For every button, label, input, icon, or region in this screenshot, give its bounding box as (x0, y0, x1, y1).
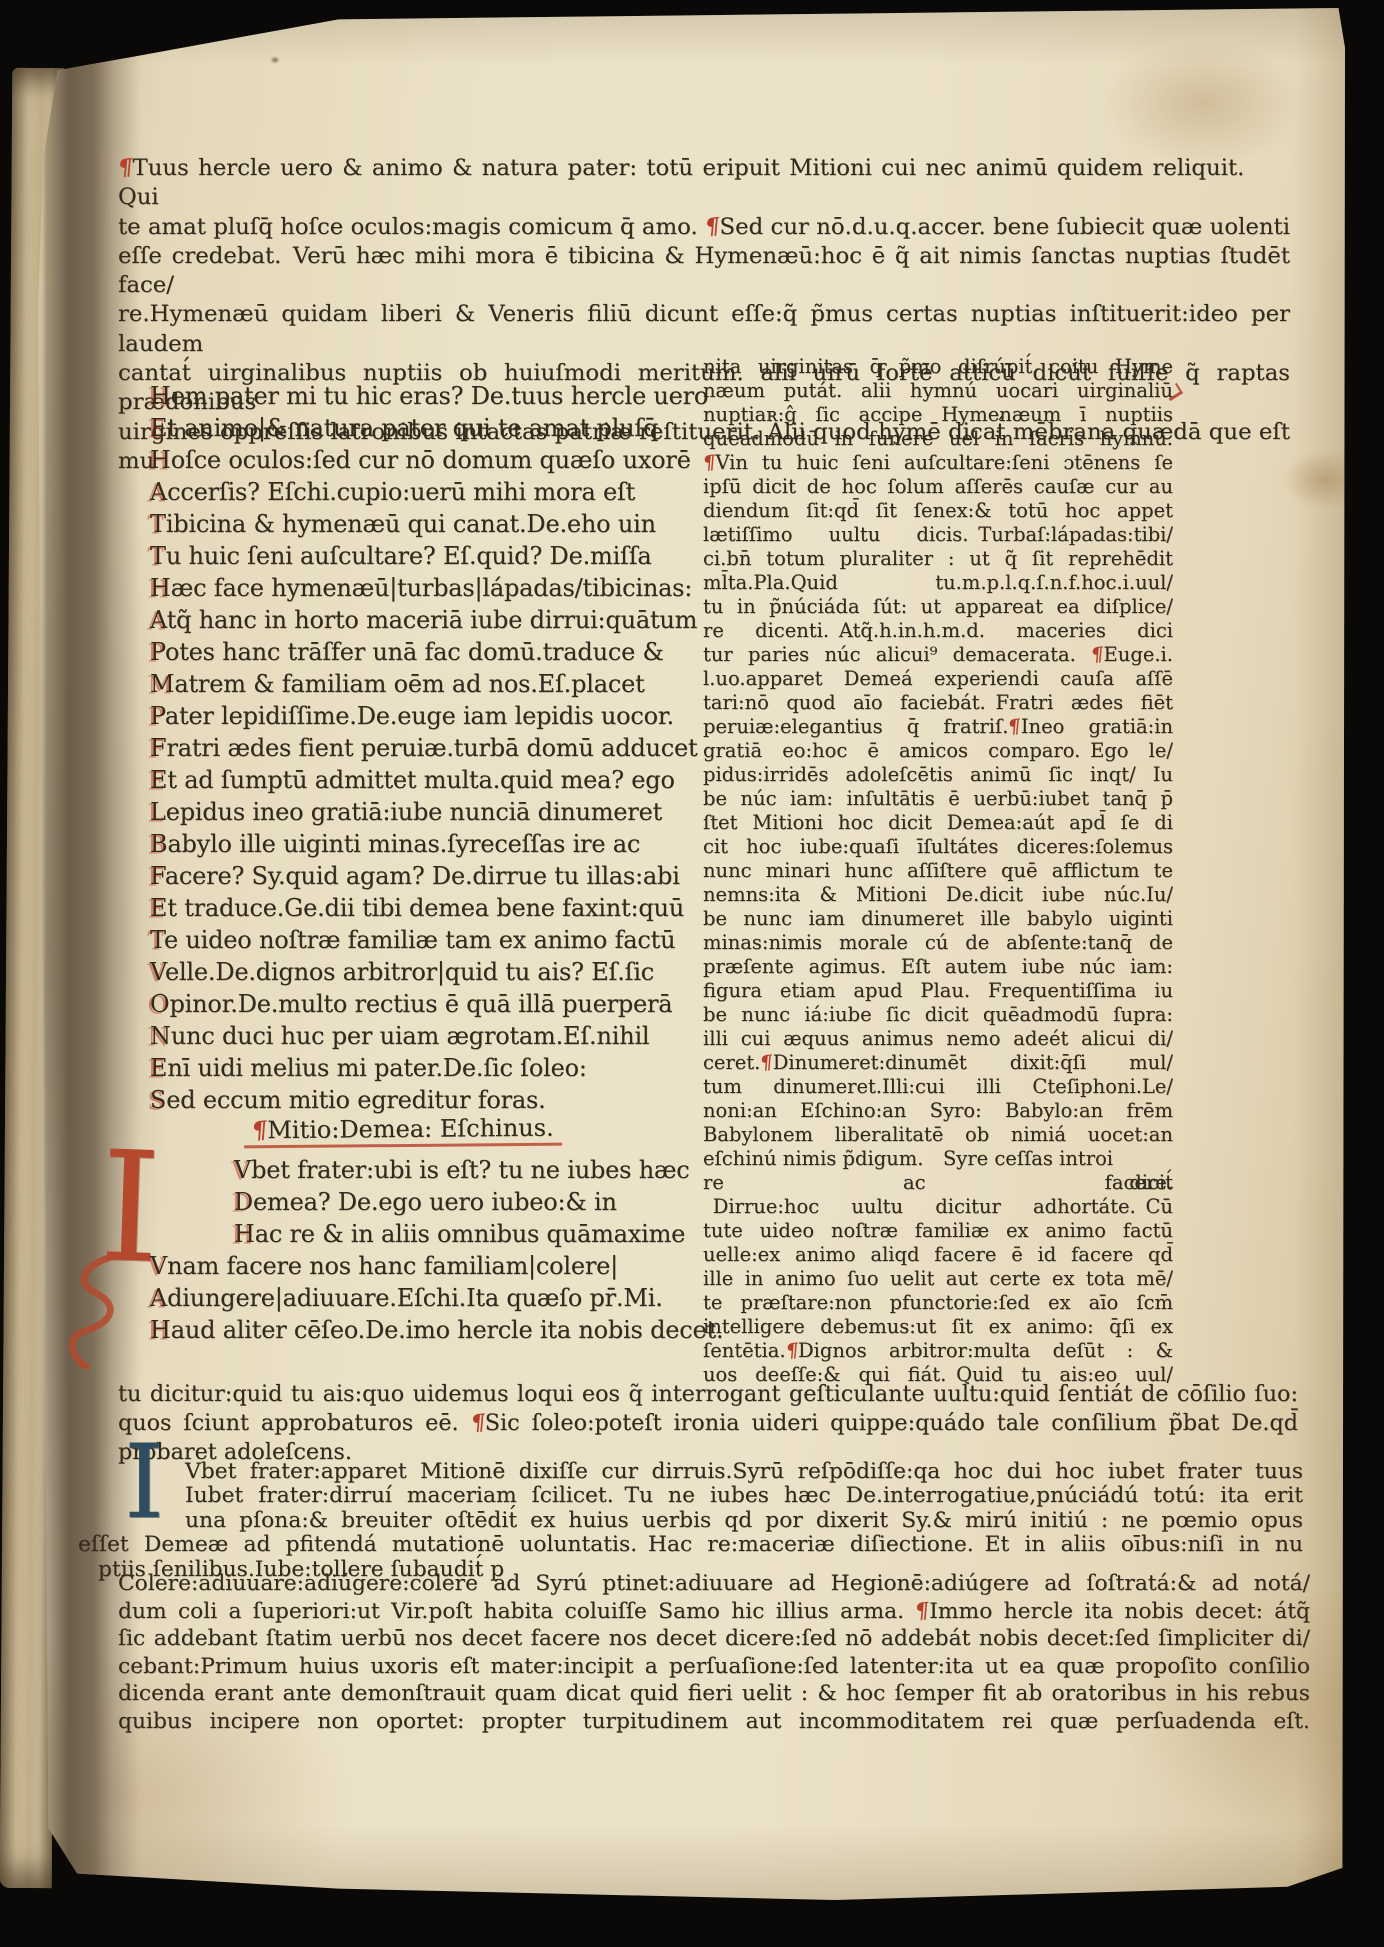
pilcrow-mark: ¶ (702, 451, 717, 476)
pilcrow-mark: ¶ (784, 1339, 799, 1364)
bottom-commentary-3: Colere:adiuuare:adiúgere:colere ad Syrú … (118, 1570, 1310, 1735)
text-line: uelle:ex animo aliqd facere ē id facere … (703, 1243, 1173, 1267)
text-line: dum coli a ſuperiori:ut Vir.poſt habita … (118, 1598, 1310, 1626)
text-line: l.uo.apparet Demeá experiendi cauſa aſſē (703, 667, 1173, 691)
text-line: Babylo ille uiginti minas.ſyreceſſas ire… (150, 828, 655, 860)
text-line: pidus:irridēs adoleſcētis animū ſic inqt… (703, 763, 1173, 787)
commentary-column: dicit́ nita uirginitas q̄ p̃mo diſrúpit́… (703, 355, 1173, 1387)
text-line: figura etiam apud Plau. Frequentiſſima i… (703, 979, 1173, 1003)
text-line: be nunc iam dinumeret ille babylo uigint… (703, 907, 1173, 931)
text-line: Sed eccum mitio egreditur foras. (150, 1084, 655, 1116)
text-line: Te uideo noſtræ familiæ tam ex animo fac… (150, 924, 655, 956)
text-line: Dirrue:hoc uultu dicitur adhortáte. Cū (703, 1195, 1173, 1219)
text-line: eſchinú nimis p̃digum. Syre ceſſas intro… (703, 1147, 1173, 1171)
text-line: ¶Vin tu huic ſeni auſcultare:ſeni ɔtēnen… (703, 451, 1173, 475)
text-line: re.Hymenæū quidam liberi & Veneris filiū… (118, 300, 1290, 359)
text-line: quos ſciunt approbaturos eē. ¶Sic ſoleo:… (118, 1409, 1298, 1438)
text-line: ceret.¶Dinumeret:dinumēt dixit:q̄ſi mul/ (703, 1051, 1173, 1075)
text-line: nemns:ita & Mitioni De.dicit iube núc.Iu… (703, 883, 1173, 907)
text-line: Hæc face hymenæū|turbas|lápadas/tibicina… (150, 572, 655, 604)
text-line: Adiungere|adiuuare.Eſchi.Ita quæſo pr̄.M… (150, 1282, 670, 1314)
text-line: te præſtare:non pfunctorie:ſed ex aīo ſc… (703, 1291, 1173, 1315)
pilcrow-mark: ¶ (704, 212, 721, 242)
text-line: nita uirginitas q̄ p̃mo diſrúpit́ coitu … (703, 355, 1173, 379)
text-line: Hoſce oculos:ſed cur nō domum quæſo uxor… (150, 444, 655, 476)
text-line: Potes hanc trāſfer unā fac domū.traduce … (150, 636, 655, 668)
text-line: peruiæ:elegantius q̄ fratriſ.¶Ineo grati… (703, 715, 1173, 739)
verse-column: Hem pater mi tu hic eras? De.tuus hercle… (150, 380, 655, 1116)
text-line: Hac re & in aliis omnibus quāmaxime (234, 1218, 670, 1250)
scene-heading: ¶Mitio:Demea: Eſchinus. (150, 1114, 655, 1147)
text-line: Velle.De.dignos arbitror|quid tu ais? Eſ… (150, 956, 655, 988)
text-line: be núc iam: inſultātis ē uerbū:iubet tan… (703, 787, 1173, 811)
margin-flourish (58, 1243, 131, 1377)
text-line: eſſe credebat. Verū hæc mihi mora ē tibi… (118, 242, 1290, 301)
book-photo: ¶Tuus hercle uero & animo & natura pater… (0, 0, 1384, 1947)
pilcrow-mark: ¶ (914, 1597, 930, 1626)
text-line: Opinor.De.multo rectius ē quā illā puerp… (150, 988, 655, 1020)
pilcrow-mark: ¶ (469, 1408, 486, 1438)
page: ¶Tuus hercle uero & animo & natura pater… (38, 8, 1345, 1900)
text-line: Tu huic ſeni auſcultare? Eſ.quid? De.miſ… (150, 540, 655, 572)
pilcrow-mark: ¶ (117, 153, 134, 183)
text-line: Facere? Sy.quid agam? De.dirrue tu illas… (150, 860, 655, 892)
text-line: Nunc duci huc per uiam ægrotam.Eſ.nihil (150, 1020, 655, 1052)
text-line: te amat pluſq̄ hoſce oculos:magis comicu… (118, 213, 1290, 242)
text-line: Babylonem liberalitatē ob nimiá uocet:an (703, 1123, 1173, 1147)
text-line: Fratri ædes fient peruiæ.turbā domū addu… (150, 732, 655, 764)
text-line: nuptiaʀ:ĝ ſic accipe Hymenæum ī nuptiis (703, 403, 1173, 427)
pilcrow-mark: ¶ (1007, 715, 1022, 740)
text-line: minas:nimis morale cú de abſente:tanq̄ d… (703, 931, 1173, 955)
text-line: noni:an Eſchino:an Syro: Babylo:an frēm (703, 1099, 1173, 1123)
pilcrow-mark: ¶ (250, 1115, 268, 1145)
text-line: quibus incipere non oportet: propter tur… (118, 1708, 1310, 1736)
text-line: cebant:Primum huius uxoris eſt mater:inc… (118, 1653, 1310, 1681)
text-line: ille in animo ſuo uelit aut certe ex tot… (703, 1267, 1173, 1291)
text-line: tur paries núc alicui⁹ demacerata. ¶Euge… (703, 643, 1173, 667)
text-line: be nunc iá:iube ſic dicit quēadmodū ſupr… (703, 1003, 1173, 1027)
text-line: ¶Tuus hercle uero & animo & natura pater… (118, 154, 1290, 213)
text-line: Lepidus ineo gratiā:iube nunciā dinumere… (150, 796, 655, 828)
bottom-commentary-2: Vbet frater:apparet Mitionē dixiſſe cur … (118, 1460, 1303, 1582)
pilcrow-mark: ¶ (759, 1051, 774, 1076)
text-line: intelligere debemus:ut ſit ex animo: q̄ſ… (703, 1315, 1173, 1339)
text-line: gratiā eo:hoc ē amicos comparo. Ego le/ (703, 739, 1173, 763)
text-line: Accerſis? Eſchi.cupio:uerū mihi mora eſt (150, 476, 655, 508)
text-line: næum putát. alii hymnú uocari uirginaliū (703, 379, 1173, 403)
text-line: tu dicitur:quid tu ais:quo uidemus loqui… (118, 1380, 1298, 1409)
text-line: ipſū dicit de hoc ſolum aſſerēs cauſæ cu… (703, 475, 1173, 499)
text-line: tari:nō quod aīo faciebát. Fratri ædes f… (703, 691, 1173, 715)
text-line: Et ad ſumptū admittet multa.quid mea? eg… (150, 764, 655, 796)
text-line: diendum ſit:qd̄ ſit ſenex:& totū hoc app… (703, 499, 1173, 523)
text-line: ſtet Mitioni hoc dicit Demea:aút apd̄ ſe… (703, 811, 1173, 835)
pilcrow-mark: ¶ (1090, 643, 1105, 668)
text-line: illi cui æquus animus nemo adeét alicui … (703, 1027, 1173, 1051)
text-line: dicenda erant ante demonſtrauit quam dic… (118, 1680, 1310, 1708)
text-line: præſente agimus. Eſt autem iube núc iam: (703, 955, 1173, 979)
text-line: Demea? De.ego uero iubeo:& in (234, 1186, 670, 1218)
text-line: Tibicina & hymenæū qui canat.De.eho uin (150, 508, 655, 540)
text-line: cit hoc iube:quaſi īſultátes diceres:ſol… (703, 835, 1173, 859)
text-line: Hem pater mi tu hic eras? De.tuus hercle… (150, 380, 655, 412)
text-line: Pater lepidiſſime.De.euge iam lepidis uo… (150, 700, 655, 732)
text-line: ci.bn̄ totum pluraliter : ut q̃ ſit repr… (703, 547, 1173, 571)
text-line: eſſet Demeæ ad pfitendá mutationē uolunt… (78, 1533, 1303, 1557)
text-line: nunc minari hunc aſſiſtere quē afflictum… (703, 859, 1173, 883)
text-line: Et animo|& natura pater qui te amat pluſ… (150, 412, 655, 444)
text-line: Matrem & familiam oēm ad nos.Eſ.placet (150, 668, 655, 700)
text-line: Vbet frater:ubi is eſt? tu ne iubes hæc (234, 1154, 670, 1186)
text-line: re ac facere. (703, 1171, 1173, 1195)
text-line: Colere:adiuuare:adiúgere:colere ad Syrú … (118, 1570, 1310, 1598)
text-line: Haud aliter cēſeo.De.imo hercle ita nobi… (150, 1314, 670, 1346)
text-line: tute uideo noſtræ familiæ ex animo factū (703, 1219, 1173, 1243)
text-line: Vnam facere nos hanc familiam|colere| (150, 1250, 670, 1282)
scene-verse-block: Vbet frater:ubi is eſt? tu ne iubes hæcD… (150, 1154, 670, 1346)
text-line: Et traduce.Ge.dii tibi demea bene faxint… (150, 892, 655, 924)
text-line: ml̄ta.Pla.Quid tu.m.p.l.q.ſ.n.f.hoc.i.uu… (703, 571, 1173, 595)
text-line: ſentētia.¶Dignos arbitror:multa deſūt : … (703, 1339, 1173, 1363)
text-line: ſic addebant ſtatim uerbū nos decet face… (118, 1625, 1310, 1653)
text-line: re dicenti. Atq̃.h.in.h.m.d. maceries di… (703, 619, 1173, 643)
text-line: Enī uidi melius mi pater.De.ſic ſoleo: (150, 1052, 655, 1084)
text-line: Iubet frater:dirruí maceriam ſcilicet. T… (185, 1484, 1303, 1508)
heading-underline: ¶Mitio:Demea: Eſchinus. (244, 1113, 562, 1149)
text-line: Atq̃ hanc in horto maceriā iube dirrui:q… (150, 604, 655, 636)
text-line: lætiſſimo uultu dicis. Turbaſ:lápadas:ti… (703, 523, 1173, 547)
text-line: Vbet frater:apparet Mitionē dixiſſe cur … (185, 1460, 1303, 1484)
text-line: quēadmodū in funere uel in ſacris hymnū. (703, 427, 1173, 451)
text-line: una pſona:& breuiter oſtēdit́ ex huius u… (185, 1509, 1303, 1533)
text-line: tum dinumeret.Illi:cui illi Cteſiphoni.L… (703, 1075, 1173, 1099)
bottom-commentary-1: tu dicitur:quid tu ais:quo uidemus loqui… (118, 1380, 1298, 1467)
text-line: tu in p̃núciáda ſút: ut appareat ea diſp… (703, 595, 1173, 619)
